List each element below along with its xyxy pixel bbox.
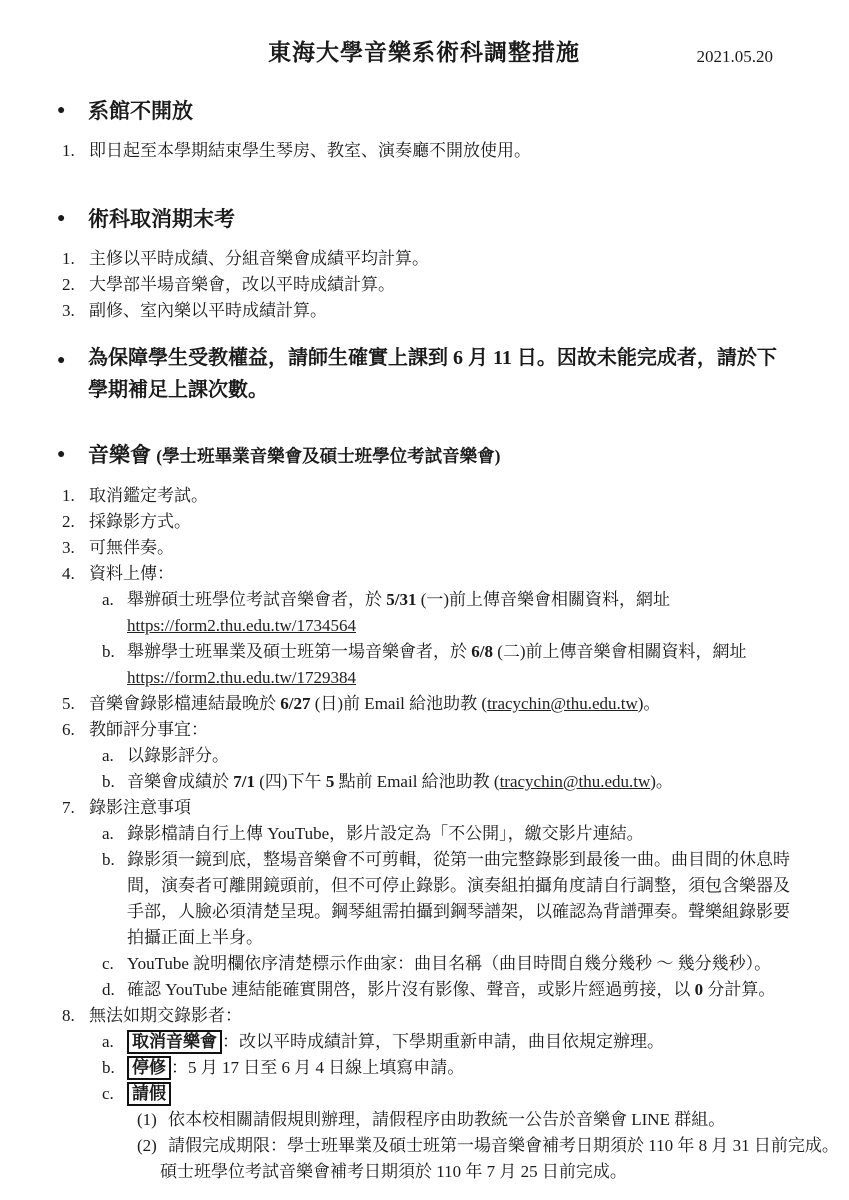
item-label: c. [102, 1081, 114, 1107]
item-label: 1. [62, 246, 75, 272]
text-segment: 依本校相關請假規則辦理，請假程序由助教統一公告於音樂會 LINE 群組。 [168, 1110, 725, 1129]
item-label: (1) [137, 1107, 157, 1133]
text-segment: 教師評分事宜： [89, 720, 208, 739]
list-item: 8.無法如期交錄影者： [55, 1003, 793, 1029]
item-label: b. [102, 847, 115, 873]
text-segment: (學士班畢業音樂會及碩士班學位考試音樂會) [156, 446, 500, 466]
list-item: 3.副修、室內樂以平時成績計算。 [55, 298, 793, 324]
item-label: (2) [137, 1133, 157, 1159]
text-segment: 請假完成期限：學士班畢業及碩士班第一場音樂會補考日期須於 110 年 8 月 3… [168, 1136, 839, 1155]
list-subitem: a.舉辦碩士班學位考試音樂會者，於 5/31 (一)前上傳音樂會相關資料，網址 [55, 587, 793, 613]
link[interactable]: https://form2.thu.edu.tw/1729384 [127, 668, 356, 687]
list-item: 2.採錄影方式。 [55, 509, 793, 535]
list-item: 1.主修以平時成績、分組音樂會成績平均計算。 [55, 246, 793, 272]
text-segment: (一)前上傳音樂會相關資料，網址 [416, 590, 670, 609]
document-body: ●系館不開放1.即日起至本學期結束學生琴房、教室、演奏廳不開放使用。●術科取消期… [55, 98, 793, 1185]
text-segment: 點前 Email 給池助教 ( [334, 772, 499, 791]
link-line: https://form2.thu.edu.tw/1729384 [55, 665, 793, 691]
list-subitem: b.停修：5 月 17 日至 6 月 4 日線上填寫申請。 [55, 1055, 793, 1081]
list-item: 4.資料上傳： [55, 561, 793, 587]
boxed-label: 取消音樂會 [127, 1030, 222, 1054]
text-segment: 5/31 [386, 590, 416, 609]
document-title: 東海大學音樂系術科調整措施 [55, 38, 793, 68]
list-subitem: b.錄影須一鏡到底，整場音樂會不可剪輯，從第一曲完整錄影到最後一曲。曲目間的休息… [55, 847, 793, 951]
item-label: 1. [62, 138, 75, 164]
text-segment: 6/8 [471, 642, 493, 661]
text-segment: 可無伴奏。 [89, 538, 174, 557]
boxed-label: 請假 [127, 1082, 171, 1106]
text-segment: 音樂會成績於 [127, 772, 233, 791]
text-segment: ：5 月 17 日至 6 月 4 日線上填寫申請。 [171, 1058, 464, 1077]
link[interactable]: https://form2.thu.edu.tw/1734564 [127, 616, 356, 635]
item-label: b. [102, 1055, 115, 1081]
text-segment: 錄影檔請自行上傳 YouTube，影片設定為「不公開」，繳交影片連結。 [127, 824, 644, 843]
list-subitem: a.錄影檔請自行上傳 YouTube，影片設定為「不公開」，繳交影片連結。 [55, 821, 793, 847]
list-continuation: 碩士班學位考試音樂會補考日期須於 110 年 7 月 25 日前完成。 [55, 1159, 793, 1185]
text-segment: 系館不開放 [88, 99, 193, 123]
text-segment: 資料上傳： [89, 564, 174, 583]
item-label: c. [102, 951, 114, 977]
item-label: 4. [62, 561, 75, 587]
link[interactable]: tracychin@thu.edu.tw [500, 772, 651, 791]
bullet-icon: ● [57, 345, 65, 377]
item-label: 2. [62, 509, 75, 535]
bullet-icon: ● [57, 98, 65, 124]
text-segment: 主修以平時成績、分組音樂會成績平均計算。 [89, 249, 429, 268]
document-page: 東海大學音樂系術科調整措施 2021.05.20 ●系館不開放1.即日起至本學期… [0, 0, 849, 1200]
item-label: b. [102, 769, 115, 795]
text-segment: 舉辦碩士班學位考試音樂會者，於 [127, 590, 386, 609]
text-segment: 6/27 [280, 694, 310, 713]
text-segment: 無法如期交錄影者： [89, 1006, 242, 1025]
text-segment: (四)下午 [255, 772, 326, 791]
item-label: b. [102, 639, 115, 665]
text-segment: (二)前上傳音樂會相關資料，網址 [493, 642, 747, 661]
item-label: a. [102, 587, 114, 613]
section-heading: ●音樂會 (學士班畢業音樂會及碩士班學位考試音樂會) [55, 442, 793, 469]
text-segment: (日)前 Email 給池助教 ( [310, 694, 487, 713]
list-subitem: b.舉辦學士班畢業及碩士班第一場音樂會者，於 6/8 (二)前上傳音樂會相關資料… [55, 639, 793, 665]
list-item: 6.教師評分事宜： [55, 717, 793, 743]
list-subitem: d.確認 YouTube 連結能確實開啓，影片沒有影像、聲音，或影片經過剪接，以… [55, 977, 793, 1003]
text-segment: YouTube 說明欄依序清楚標示作曲家：曲目名稱（曲目時間自幾分幾秒 ～ 幾分… [127, 954, 771, 973]
item-label: 6. [62, 717, 75, 743]
list-item: 1.即日起至本學期結束學生琴房、教室、演奏廳不開放使用。 [55, 138, 793, 164]
text-segment: 碩士班學位考試音樂會補考日期須於 110 年 7 月 25 日前完成。 [160, 1162, 627, 1181]
item-label: 7. [62, 795, 75, 821]
text-segment: 即日起至本學期結束學生琴房、教室、演奏廳不開放使用。 [89, 141, 531, 160]
text-segment: 音樂會錄影檔連結最晚於 [89, 694, 280, 713]
item-label: 1. [62, 483, 75, 509]
item-label: a. [102, 821, 114, 847]
text-segment: 錄影注意事項 [89, 798, 191, 817]
text-segment: ：改以平時成績計算，下學期重新申請，曲目依規定辦理。 [222, 1032, 664, 1051]
text-segment: )。 [650, 772, 673, 791]
text-segment: 術科取消期末考 [88, 207, 235, 231]
list-item: 2.大學部半場音樂會，改以平時成績計算。 [55, 272, 793, 298]
text-segment: 取消鑑定考試。 [89, 486, 208, 505]
text-segment: 分計算。 [703, 980, 775, 999]
document-content: 東海大學音樂系術科調整措施 2021.05.20 ●系館不開放1.即日起至本學期… [0, 0, 849, 1185]
item-label: 5. [62, 691, 75, 717]
text-segment: 音樂會 [88, 443, 156, 467]
text-segment: 7/1 [233, 772, 255, 791]
list-subitem: b.音樂會成績於 7/1 (四)下午 5 點前 Email 給池助教 (trac… [55, 769, 793, 795]
list-subsubitem: (1)依本校相關請假規則辦理，請假程序由助教統一公告於音樂會 LINE 群組。 [55, 1107, 793, 1133]
text-segment: 大學部半場音樂會，改以平時成績計算。 [89, 275, 395, 294]
list-subitem: a.取消音樂會：改以平時成績計算，下學期重新申請，曲目依規定辦理。 [55, 1029, 793, 1055]
boxed-label: 停修 [127, 1056, 171, 1080]
text-segment: 為保障學生受教權益，請師生確實上課到 6 月 11 日。因故未能完成者，請於下學… [88, 347, 777, 401]
text-segment: 副修、室內樂以平時成績計算。 [89, 301, 327, 320]
section-paragraph: ●為保障學生受教權益，請師生確實上課到 6 月 11 日。因故未能完成者，請於下… [55, 342, 793, 406]
list-subsubitem: (2)請假完成期限：學士班畢業及碩士班第一場音樂會補考日期須於 110 年 8 … [55, 1133, 793, 1159]
text-segment: 舉辦學士班畢業及碩士班第一場音樂會者，於 [127, 642, 471, 661]
item-label: 2. [62, 272, 75, 298]
item-label: 8. [62, 1003, 75, 1029]
item-label: 3. [62, 535, 75, 561]
text-segment: 0 [695, 980, 704, 999]
bullet-icon: ● [57, 442, 65, 468]
text-segment: )。 [638, 694, 661, 713]
list-item: 3.可無伴奏。 [55, 535, 793, 561]
item-label: a. [102, 743, 114, 769]
list-item: 5.音樂會錄影檔連結最晚於 6/27 (日)前 Email 給池助教 (trac… [55, 691, 793, 717]
text-segment: 錄影須一鏡到底，整場音樂會不可剪輯，從第一曲完整錄影到最後一曲。曲目間的休息時間… [127, 850, 790, 947]
section-heading: ●術科取消期末考 [55, 206, 793, 232]
text-segment: 採錄影方式。 [89, 512, 191, 531]
document-header: 東海大學音樂系術科調整措施 2021.05.20 [55, 38, 793, 72]
list-subitem: c.請假 [55, 1081, 793, 1107]
text-segment: 以錄影評分。 [127, 746, 229, 765]
item-label: a. [102, 1029, 114, 1055]
text-segment: 確認 YouTube 連結能確實開啓，影片沒有影像、聲音，或影片經過剪接，以 [127, 980, 695, 999]
document-date: 2021.05.20 [697, 47, 774, 67]
section-heading: ●系館不開放 [55, 98, 793, 124]
item-label: 3. [62, 298, 75, 324]
link[interactable]: tracychin@thu.edu.tw [487, 694, 638, 713]
item-label: d. [102, 977, 115, 1003]
list-subitem: c.YouTube 說明欄依序清楚標示作曲家：曲目名稱（曲目時間自幾分幾秒 ～ … [55, 951, 793, 977]
list-subitem: a.以錄影評分。 [55, 743, 793, 769]
bullet-icon: ● [57, 206, 65, 232]
list-item: 7.錄影注意事項 [55, 795, 793, 821]
link-line: https://form2.thu.edu.tw/1734564 [55, 613, 793, 639]
list-item: 1.取消鑑定考試。 [55, 483, 793, 509]
